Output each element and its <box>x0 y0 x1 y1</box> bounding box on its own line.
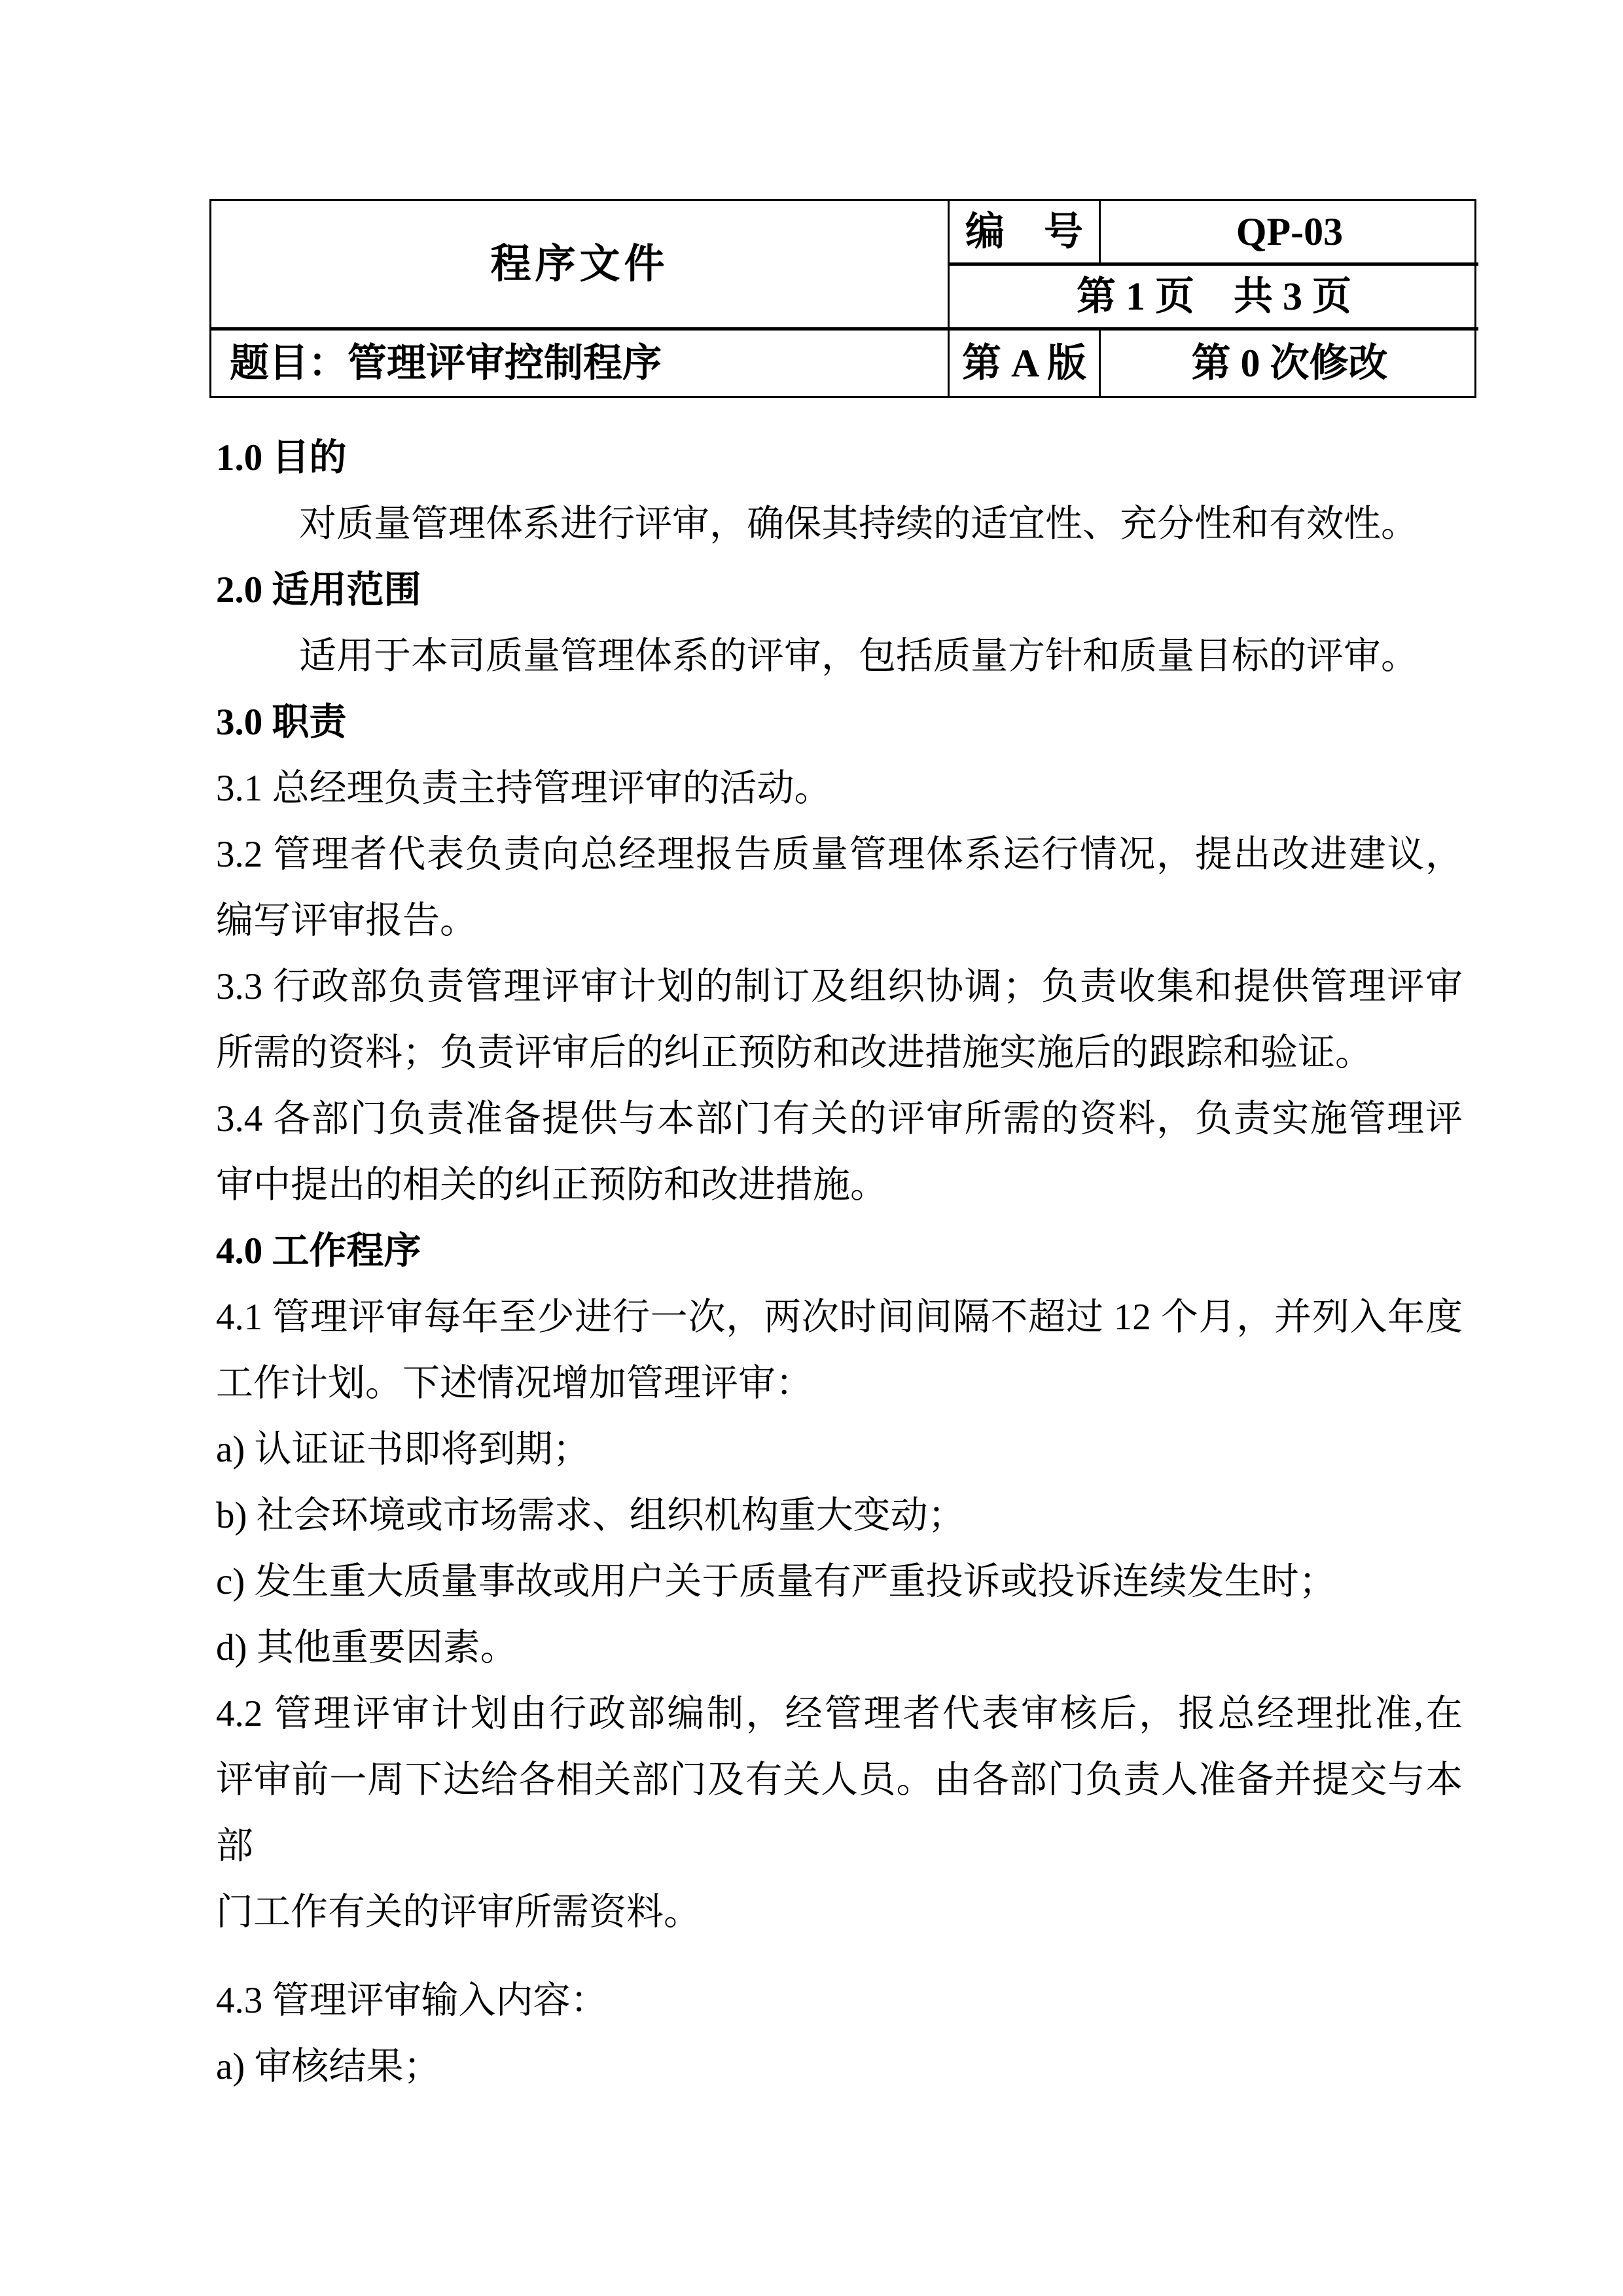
doc-type-label: 程序文件 <box>490 244 668 285</box>
version-cell: 第 A 版 <box>950 331 1101 396</box>
text-line: c) 发生重大质量事故或用户关于质量有严重投诉或投诉连续发生时； <box>216 1549 1463 1615</box>
code-label: 编 号 <box>965 212 1083 251</box>
text-line: 4.3 管理评审输入内容： <box>216 1967 1463 2034</box>
text-line: 3.2 管理者代表负责向总经理报告质量管理体系运行情况，提出改进建议， <box>216 821 1463 888</box>
text-line: a) 审核结果； <box>216 2034 1463 2100</box>
document-page: 程序文件 编 号 QP-03 第 1 页 共 3 页 题目：管理评审控制程序 第… <box>0 0 1623 2296</box>
text-line: 所需的资料；负责评审后的纠正预防和改进措施实施后的跟踪和验证。 <box>216 1020 1463 1086</box>
code-value-cell: QP-03 <box>1101 201 1478 266</box>
text-line: 4.1 管理评审每年至少进行一次，两次时间间隔不超过 12 个月，并列入年度 <box>216 1284 1463 1350</box>
text-line: 3.4 各部门负责准备提供与本部门有关的评审所需的资料，负责实施管理评 <box>216 1086 1463 1152</box>
text-line: a) 认证证书即将到期； <box>216 1416 1463 1482</box>
text-line: 适用于本司质量管理体系的评审，包括质量方针和质量目标的评审。 <box>216 623 1463 689</box>
text-line: d) 其他重要因素。 <box>216 1615 1463 1681</box>
document-body: 1.0 目的对质量管理体系进行评审，确保其持续的适宜性、充分性和有效性。2.0 … <box>216 425 1463 2100</box>
section-heading: 3.0 职责 <box>216 689 1463 755</box>
text-line: 工作计划。下述情况增加管理评审： <box>216 1350 1463 1416</box>
code-label-cell: 编 号 <box>950 201 1101 266</box>
text-line: 编写评审报告。 <box>216 888 1463 954</box>
header-table: 程序文件 编 号 QP-03 第 1 页 共 3 页 题目：管理评审控制程序 第… <box>209 199 1476 398</box>
text-line: 对质量管理体系进行评审，确保其持续的适宜性、充分性和有效性。 <box>216 491 1463 557</box>
text-line: b) 社会环境或市场需求、组织机构重大变动； <box>216 1482 1463 1549</box>
doc-title: 题目：管理评审控制程序 <box>230 344 662 383</box>
section-heading: 4.0 工作程序 <box>216 1218 1463 1284</box>
code-value: QP-03 <box>1236 212 1343 251</box>
text-line: 门工作有关的评审所需资料。 <box>216 1879 1463 1945</box>
doc-type-cell: 程序文件 <box>211 201 950 331</box>
text-line: 3.3 行政部负责管理评审计划的制订及组织协调；负责收集和提供管理评审 <box>216 954 1463 1020</box>
revision-cell: 第 0 次修改 <box>1101 331 1478 396</box>
section-heading: 1.0 目的 <box>216 425 1463 491</box>
text-line: 3.1 总经理负责主持管理评审的活动。 <box>216 755 1463 821</box>
page-info-cell: 第 1 页 共 3 页 <box>950 266 1478 331</box>
version-label: 第 A 版 <box>962 344 1086 383</box>
text-line: 审中提出的相关的纠正预防和改进措施。 <box>216 1152 1463 1218</box>
revision-label: 第 0 次修改 <box>1192 344 1388 383</box>
page-info: 第 1 页 共 3 页 <box>1077 277 1351 316</box>
section-heading: 2.0 适用范围 <box>216 557 1463 623</box>
doc-title-cell: 题目：管理评审控制程序 <box>211 331 950 396</box>
text-line: 4.2 管理评审计划由行政部编制，经管理者代表审核后，报总经理批准,在 <box>216 1681 1463 1747</box>
text-line: 评审前一周下达给各相关部门及有关人员。由各部门负责人准备并提交与本部 <box>216 1747 1463 1879</box>
